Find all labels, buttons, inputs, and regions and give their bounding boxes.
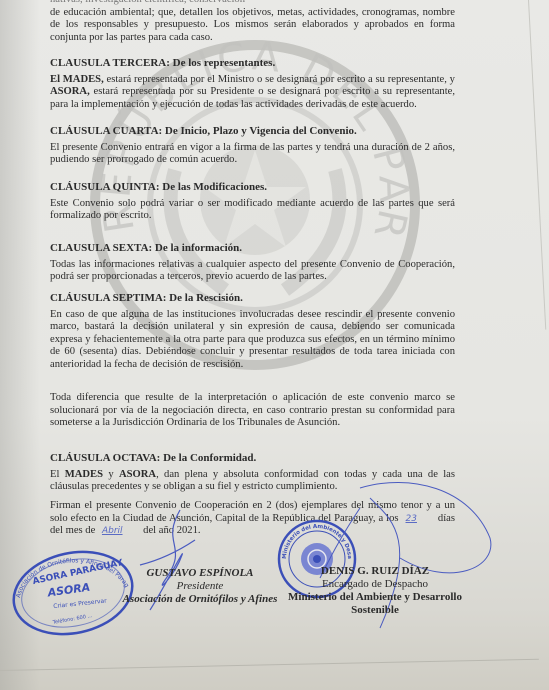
- clause-text: En caso de que alguna de las institucion…: [50, 309, 455, 372]
- clause-text: El: [50, 469, 65, 480]
- clause-octava: CLÁUSULA OCTAVA: De la Conformidad. El M…: [50, 452, 455, 494]
- svg-text:ASORA: ASORA: [46, 581, 91, 600]
- intro-text: de educación ambiental; que, detallen lo…: [50, 7, 455, 45]
- clause-heading: CLÁUSULA QUINTA: De las Modificaciones.: [50, 181, 455, 194]
- page-shadow: [0, 0, 40, 690]
- page-bottom-edge: [0, 659, 539, 671]
- signer-role: Presidente: [100, 580, 300, 593]
- clause-heading: CLÁUSULA SEPTIMA: De la Rescisión.: [50, 292, 455, 305]
- document-page: REPÚBLICA DEL PARAGUAY nativas, investig…: [0, 0, 549, 690]
- handwritten-month: Abril: [98, 526, 141, 536]
- svg-text:Teléfono: 600 ...: Teléfono: 600 ...: [51, 612, 93, 626]
- clause-text: El presente Convenio entrará en vigor a …: [50, 142, 455, 167]
- clause-heading: CLÁUSULA OCTAVA: De la Conformidad.: [50, 452, 455, 465]
- closing-text: Firman el presente Convenio de Cooperaci…: [50, 500, 455, 524]
- signer-org: Ministerio del Ambiente y Desarrollo: [280, 591, 470, 604]
- clause-text: Todas las informaciones relativas a cual…: [50, 259, 455, 284]
- signature-block-right: DENIS G. RUIZ DÍAZ Encargado de Despacho…: [280, 565, 470, 617]
- signer-org-line2: Sostenible: [280, 604, 470, 617]
- clause-septima: CLÁUSULA SEPTIMA: De la Rescisión. En ca…: [50, 292, 455, 372]
- signer-role: Encargado de Despacho: [280, 578, 470, 591]
- jurisdiction-paragraph: Toda diferencia que resulte de la interp…: [50, 392, 455, 430]
- intro-cut-line: nativas, investigación científica, conse…: [50, 0, 455, 7]
- party-asora: ASORA,: [50, 86, 90, 97]
- signer-name: DENIS G. RUIZ DÍAZ: [280, 565, 470, 578]
- closing-text: del año 2021.: [141, 525, 201, 536]
- clause-heading: CLÁUSULA CUARTA: De Inicio, Plazo y Vige…: [50, 125, 455, 138]
- clause-text: estará representada por el Ministro o se…: [104, 74, 455, 85]
- clause-cuarta: CLÁUSULA CUARTA: De Inicio, Plazo y Vige…: [50, 125, 455, 167]
- party-mades: El MADES,: [50, 74, 104, 85]
- handwritten-day: 23: [402, 514, 435, 524]
- page-edge-line: [528, 0, 546, 330]
- clause-text: Este Convenio solo podrá variar o ser mo…: [50, 198, 455, 223]
- clause-tercera: CLAUSULA TERCERA: De los representantes.…: [50, 57, 455, 111]
- signer-name: GUSTAVO ESPÍNOLA: [100, 567, 300, 580]
- clause-text: estará representada por su Presidente o …: [50, 86, 455, 110]
- signer-org: Asociación de Ornitófilos y Afines: [100, 593, 300, 606]
- party-asora: ASORA: [119, 469, 156, 480]
- intro-paragraph: nativas, investigación científica, conse…: [50, 0, 455, 44]
- clause-quinta: CLÁUSULA QUINTA: De las Modificaciones. …: [50, 181, 455, 223]
- clause-heading: CLAUSULA TERCERA: De los representantes.: [50, 57, 455, 70]
- party-mades: MADES: [65, 469, 103, 480]
- closing-paragraph: Firman el presente Convenio de Cooperaci…: [50, 500, 455, 538]
- clause-heading: CLAUSULA SEXTA: De la información.: [50, 242, 455, 255]
- clause-sexta: CLAUSULA SEXTA: De la información. Todas…: [50, 242, 455, 284]
- clause-text: y: [103, 469, 119, 480]
- clause-text: Toda diferencia que resulte de la interp…: [50, 392, 455, 430]
- signature-block-left: GUSTAVO ESPÍNOLA Presidente Asociación d…: [100, 567, 300, 606]
